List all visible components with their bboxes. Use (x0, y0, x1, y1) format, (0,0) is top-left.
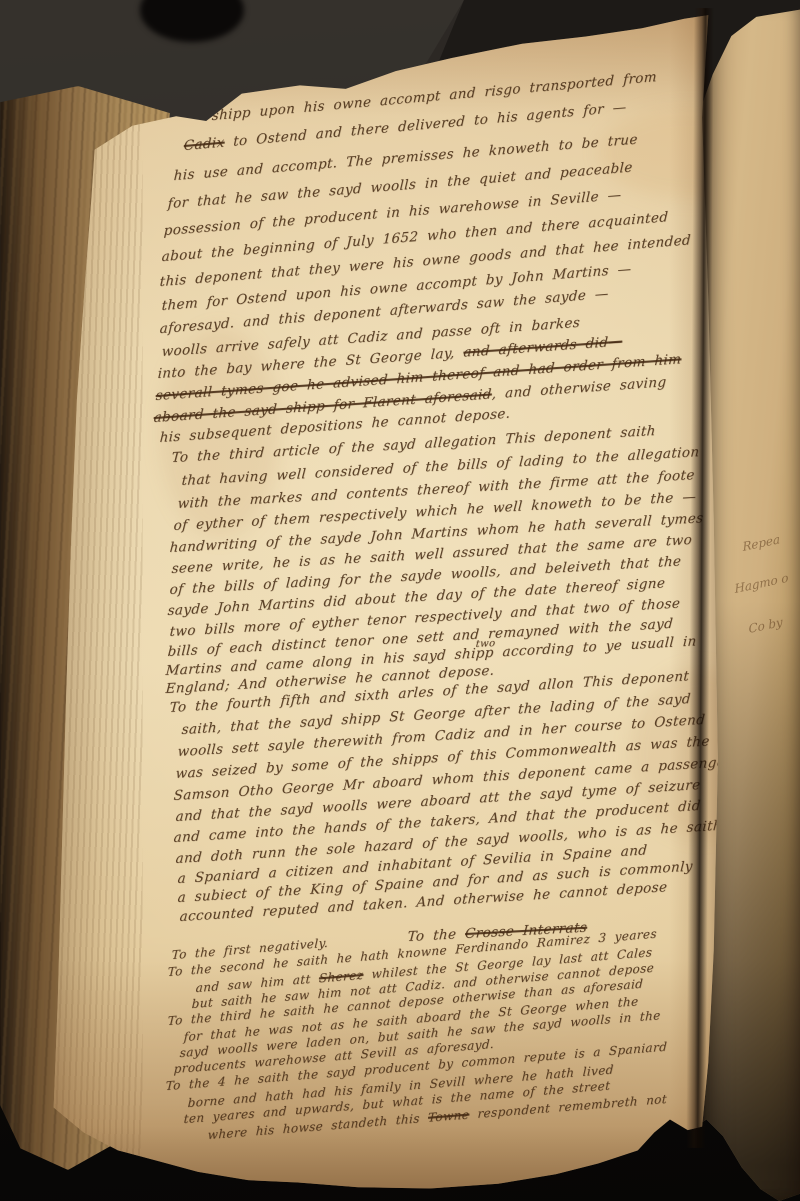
adjacent-text-fragment: Repea (742, 532, 780, 554)
manuscript-leaf: shipp upon his owne accompt and risgo tr… (40, 8, 724, 1198)
adjacent-text-fragment: Hagmo o (734, 571, 789, 596)
handwritten-text-layer: shipp upon his owne accompt and risgo tr… (0, 0, 800, 1201)
struck-text: Towne (428, 1107, 470, 1124)
struck-text: Cadix (184, 134, 225, 154)
adjacent-text-fragment: Co by (748, 615, 783, 636)
manuscript-line: two (475, 639, 495, 650)
ink-text: two (475, 638, 496, 650)
struck-text: Sherez (319, 968, 364, 986)
manuscript-photo: RepeaHagmo oCo by shipp upon his owne ac… (0, 0, 800, 1201)
